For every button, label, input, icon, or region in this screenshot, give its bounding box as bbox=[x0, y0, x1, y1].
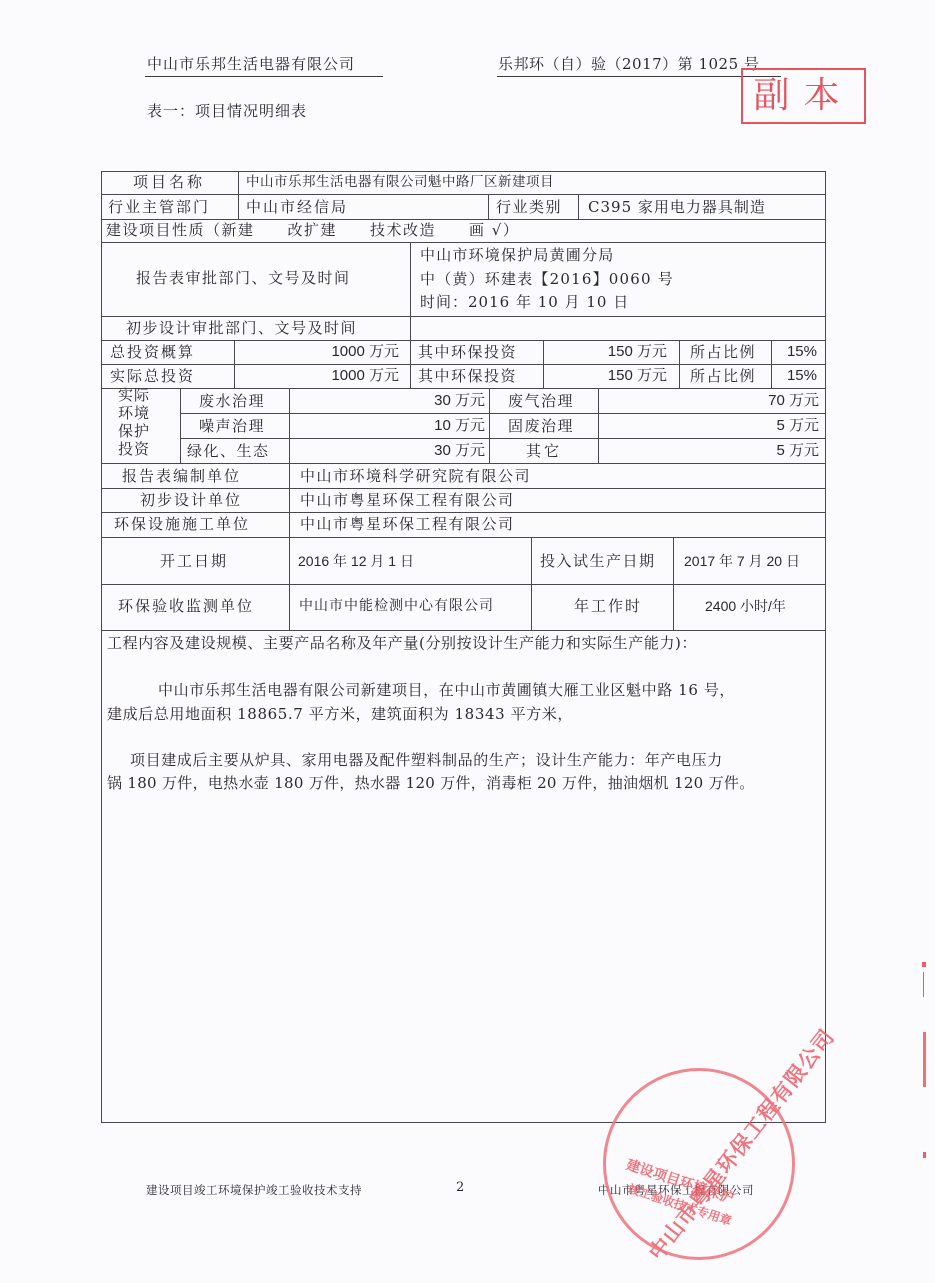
label-prelim-approval: 初步设计审批部门、文号及时间 bbox=[126, 318, 357, 338]
label-budget-total: 总投资概算 bbox=[110, 342, 195, 362]
content-p1-line2: 建成后总用地面积 18865.7 平方米，建筑面积为 18343 平方米， bbox=[107, 704, 573, 724]
row-line bbox=[101, 388, 826, 389]
stamp-fragment bbox=[921, 962, 927, 1162]
value-prelim-design: 中山市粤星环保工程有限公司 bbox=[300, 490, 515, 510]
value-report-approval-1: 中山市环境保护局黄圃分局 bbox=[420, 245, 614, 265]
value-actual-env: 150 万元 bbox=[608, 366, 667, 386]
col-line bbox=[598, 388, 599, 463]
row-line bbox=[180, 438, 826, 439]
col-line bbox=[410, 242, 411, 340]
header-doc-number: 乐邦环（自）验（2017）第 1025 号 bbox=[498, 54, 759, 74]
row-line bbox=[101, 364, 826, 365]
value-actual-ratio: 15% bbox=[787, 366, 817, 386]
value-wastewater: 30 万元 bbox=[434, 391, 485, 411]
label-actual-env: 其中环保投资 bbox=[418, 366, 517, 386]
value-report-approval-3: 时间：2016 年 10 月 10 日 bbox=[420, 292, 629, 312]
row-line bbox=[101, 340, 826, 341]
col-line bbox=[489, 388, 490, 463]
value-monitor: 中山市中能检测中心有限公司 bbox=[299, 596, 494, 616]
label-authority: 行业主管部门 bbox=[108, 197, 210, 217]
label-report-author: 报告表编制单位 bbox=[122, 466, 241, 486]
label-env-invest-3: 保护 bbox=[118, 422, 150, 440]
value-budget-ratio: 15% bbox=[787, 342, 817, 362]
value-project-name: 中山市乐邦生活电器有限公司魁中路厂区新建项目 bbox=[246, 172, 554, 192]
value-greening: 30 万元 bbox=[434, 441, 485, 461]
table-border-right bbox=[825, 171, 826, 1122]
content-p2-line1: 项目建成后主要从炉具、家用电器及配件塑料制品的生产；设计生产能力：年产电压力 bbox=[130, 750, 723, 770]
col-line bbox=[289, 388, 290, 537]
copy-stamp: 副本 bbox=[741, 68, 866, 124]
label-hours: 年工作时 bbox=[574, 596, 642, 616]
value-industry: C395 家用电力器具制造 bbox=[588, 197, 766, 217]
col-line bbox=[531, 537, 532, 630]
label-solid-waste: 固废治理 bbox=[508, 416, 574, 436]
label-env-invest-4: 投资 bbox=[118, 440, 150, 458]
value-noise: 10 万元 bbox=[434, 416, 485, 436]
label-monitor: 环保验收监测单位 bbox=[118, 596, 254, 616]
row-line bbox=[101, 194, 826, 195]
value-hours: 2400 小时/年 bbox=[705, 596, 786, 616]
col-line bbox=[578, 194, 579, 219]
col-line bbox=[488, 194, 489, 219]
seal-outer-text: 中山市粤星环保工程有限公司 bbox=[641, 1022, 841, 1266]
value-actual-total: 1000 万元 bbox=[331, 366, 399, 386]
row-line bbox=[101, 488, 826, 489]
value-construction: 中山市粤星环保工程有限公司 bbox=[300, 514, 515, 534]
label-budget-env: 其中环保投资 bbox=[418, 342, 517, 362]
value-other: 5 万元 bbox=[776, 441, 819, 461]
row-line bbox=[101, 242, 826, 243]
row-line bbox=[180, 413, 826, 414]
label-noise: 噪声治理 bbox=[199, 416, 265, 436]
value-trial-date: 2017 年 7 月 20 日 bbox=[684, 551, 800, 571]
row-line bbox=[101, 463, 826, 464]
value-waste-gas: 70 万元 bbox=[768, 391, 819, 411]
value-project-nature: 建设项目性质（新建 改扩建 技术改造 画 √） bbox=[106, 220, 519, 240]
row-line bbox=[101, 630, 826, 631]
label-industry: 行业类别 bbox=[496, 197, 562, 217]
label-construction: 环保设施施工单位 bbox=[114, 514, 250, 534]
company-seal: 中山市粤星环保工程有限公司 建设项目环境保护 竣工验收技术专用章 bbox=[603, 1068, 795, 1260]
value-report-approval-2: 中（黄）环建表【2016】0060 号 bbox=[420, 269, 674, 289]
col-line bbox=[771, 340, 772, 388]
footer-left: 建设项目竣工环境保护竣工验收技术支持 bbox=[146, 1180, 362, 1200]
col-line bbox=[289, 537, 290, 630]
col-line bbox=[410, 340, 411, 388]
table-border-left bbox=[101, 171, 102, 1122]
content-p2-line2: 锅 180 万件，电热水壶 180 万件，热水器 120 万件，消毒柜 20 万… bbox=[107, 773, 755, 793]
label-other: 其它 bbox=[526, 441, 562, 461]
label-budget-ratio: 所占比例 bbox=[690, 342, 756, 362]
label-waste-gas: 废气治理 bbox=[508, 391, 574, 411]
value-budget-env: 150 万元 bbox=[608, 342, 667, 362]
value-start-date: 2016 年 12 月 1 日 bbox=[298, 551, 414, 571]
row-line bbox=[101, 537, 826, 538]
table-title: 表一：项目情况明细表 bbox=[147, 101, 307, 121]
value-report-author: 中山市环境科学研究院有限公司 bbox=[300, 466, 531, 486]
col-line bbox=[234, 340, 235, 388]
content-p1-line1: 中山市乐邦生活电器有限公司新建项目，在中山市黄圃镇大雁工业区魁中路 16 号， bbox=[158, 680, 735, 700]
header-company: 中山市乐邦生活电器有限公司 bbox=[147, 54, 355, 74]
value-budget-total: 1000 万元 bbox=[331, 342, 399, 362]
header-underline-right bbox=[497, 76, 781, 77]
label-wastewater: 废水治理 bbox=[199, 391, 265, 411]
value-authority: 中山市经信局 bbox=[246, 197, 348, 217]
label-start-date: 开工日期 bbox=[160, 551, 228, 571]
label-actual-ratio: 所占比例 bbox=[690, 366, 756, 386]
label-prelim-design: 初步设计单位 bbox=[140, 490, 242, 510]
footer-page-number: 2 bbox=[456, 1178, 465, 1198]
label-project-name: 项目名称 bbox=[133, 172, 205, 192]
col-line bbox=[679, 340, 680, 388]
content-heading: 工程内容及建设规模、主要产品名称及年产量(分别按设计生产能力和实际生产能力)： bbox=[107, 633, 697, 653]
row-line bbox=[101, 584, 826, 585]
label-env-invest-1: 实际 bbox=[118, 386, 150, 404]
label-trial-date: 投入试生产日期 bbox=[540, 551, 656, 571]
label-env-invest-2: 环境 bbox=[118, 404, 150, 422]
value-solid-waste: 5 万元 bbox=[776, 416, 819, 436]
label-greening: 绿化、生态 bbox=[187, 441, 270, 461]
label-actual-total: 实际总投资 bbox=[110, 366, 195, 386]
col-line bbox=[238, 171, 239, 219]
row-line bbox=[101, 512, 826, 513]
header-underline bbox=[145, 76, 383, 77]
col-line bbox=[180, 388, 181, 463]
label-report-approval: 报告表审批部门、文号及时间 bbox=[136, 268, 351, 288]
col-line bbox=[543, 340, 544, 388]
row-line bbox=[101, 316, 826, 317]
col-line bbox=[673, 537, 674, 630]
